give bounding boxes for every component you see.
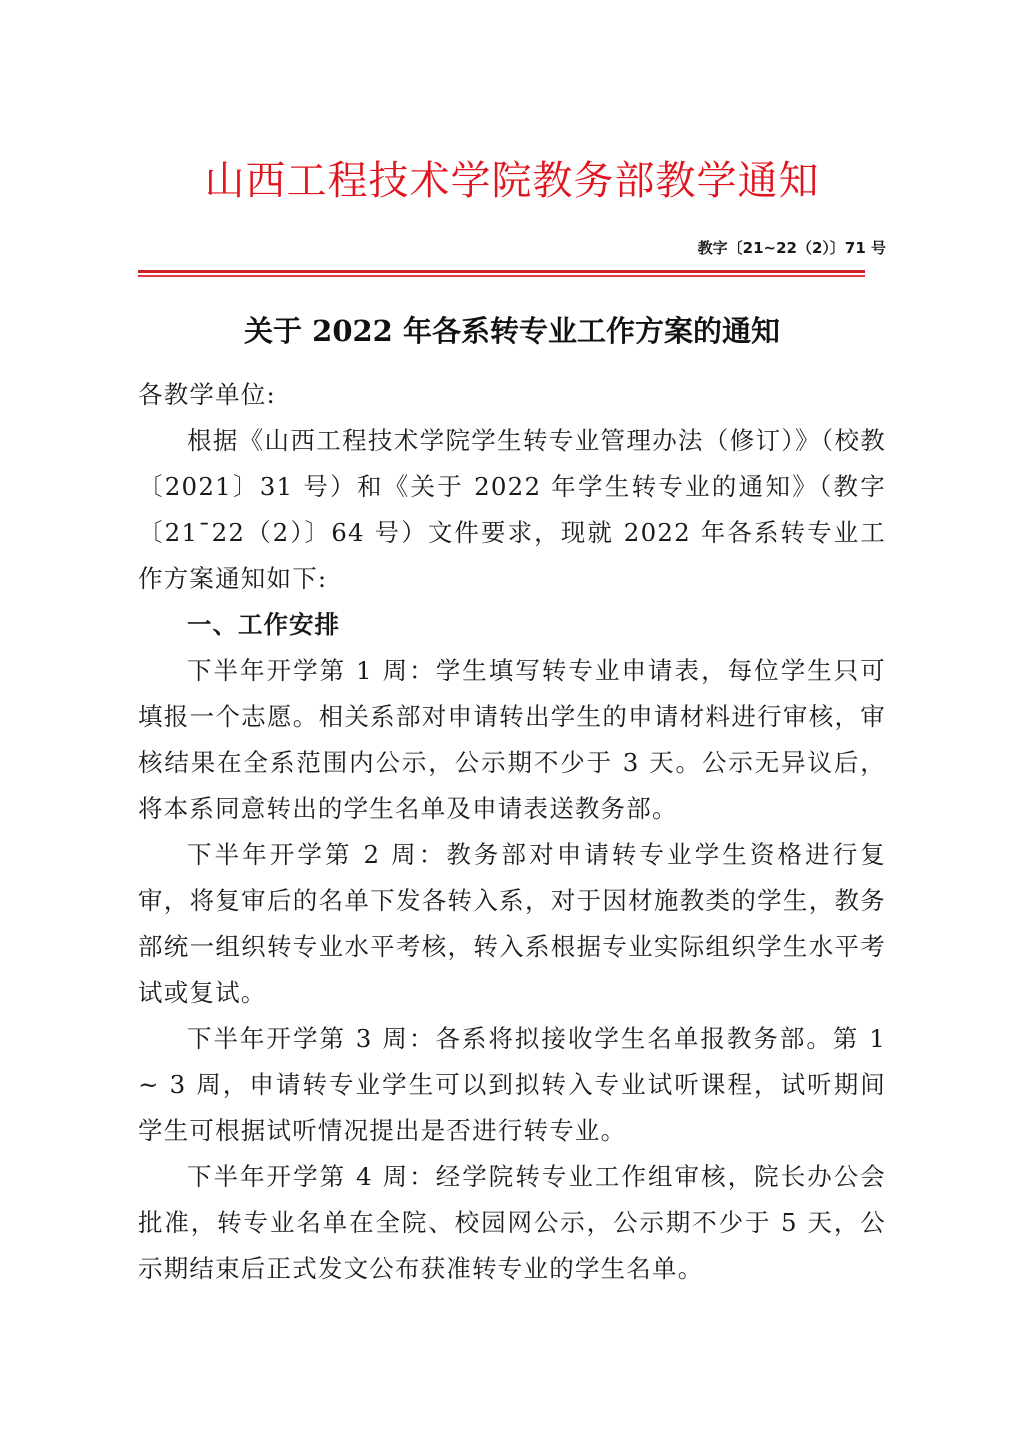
- document-page: 山西工程技术学院教务部教学通知 教字〔21~22（2）〕71 号 关于 2022…: [0, 0, 1024, 1448]
- notice-header-title: 山西工程技术学院教务部教学通知: [0, 153, 1024, 209]
- red-double-rule-divider: [138, 270, 865, 277]
- document-title: 关于 2022 年各系转专业工作方案的通知: [0, 309, 1024, 353]
- paragraph-week-1: 下半年开学第 1 周：学生填写转专业申请表，每位学生只可填报一个志愿。相关系部对…: [138, 648, 886, 832]
- section-heading-work-arrangement: 一、工作安排: [138, 602, 886, 648]
- intro-paragraph: 根据《山西工程技术学院学生转专业管理办法（修订）》（校教〔2021〕31 号）和…: [138, 418, 886, 602]
- document-body: 各教学单位: 根据《山西工程技术学院学生转专业管理办法（修订）》（校教〔2021…: [138, 372, 886, 1292]
- paragraph-week-2: 下半年开学第 2 周：教务部对申请转专业学生资格进行复审，将复审后的名单下发各转…: [138, 832, 886, 1016]
- paragraph-week-4: 下半年开学第 4 周：经学院转专业工作组审核，院长办公会批准，转专业名单在全院、…: [138, 1154, 886, 1292]
- document-number: 教字〔21~22（2）〕71 号: [698, 236, 886, 260]
- salutation: 各教学单位:: [138, 372, 886, 418]
- red-rule-thick-line: [138, 270, 865, 273]
- paragraph-week-3: 下半年开学第 3 周：各系将拟接收学生名单报教务部。第 1 ~ 3 周，申请转专…: [138, 1016, 886, 1154]
- red-rule-thin-line: [138, 275, 865, 277]
